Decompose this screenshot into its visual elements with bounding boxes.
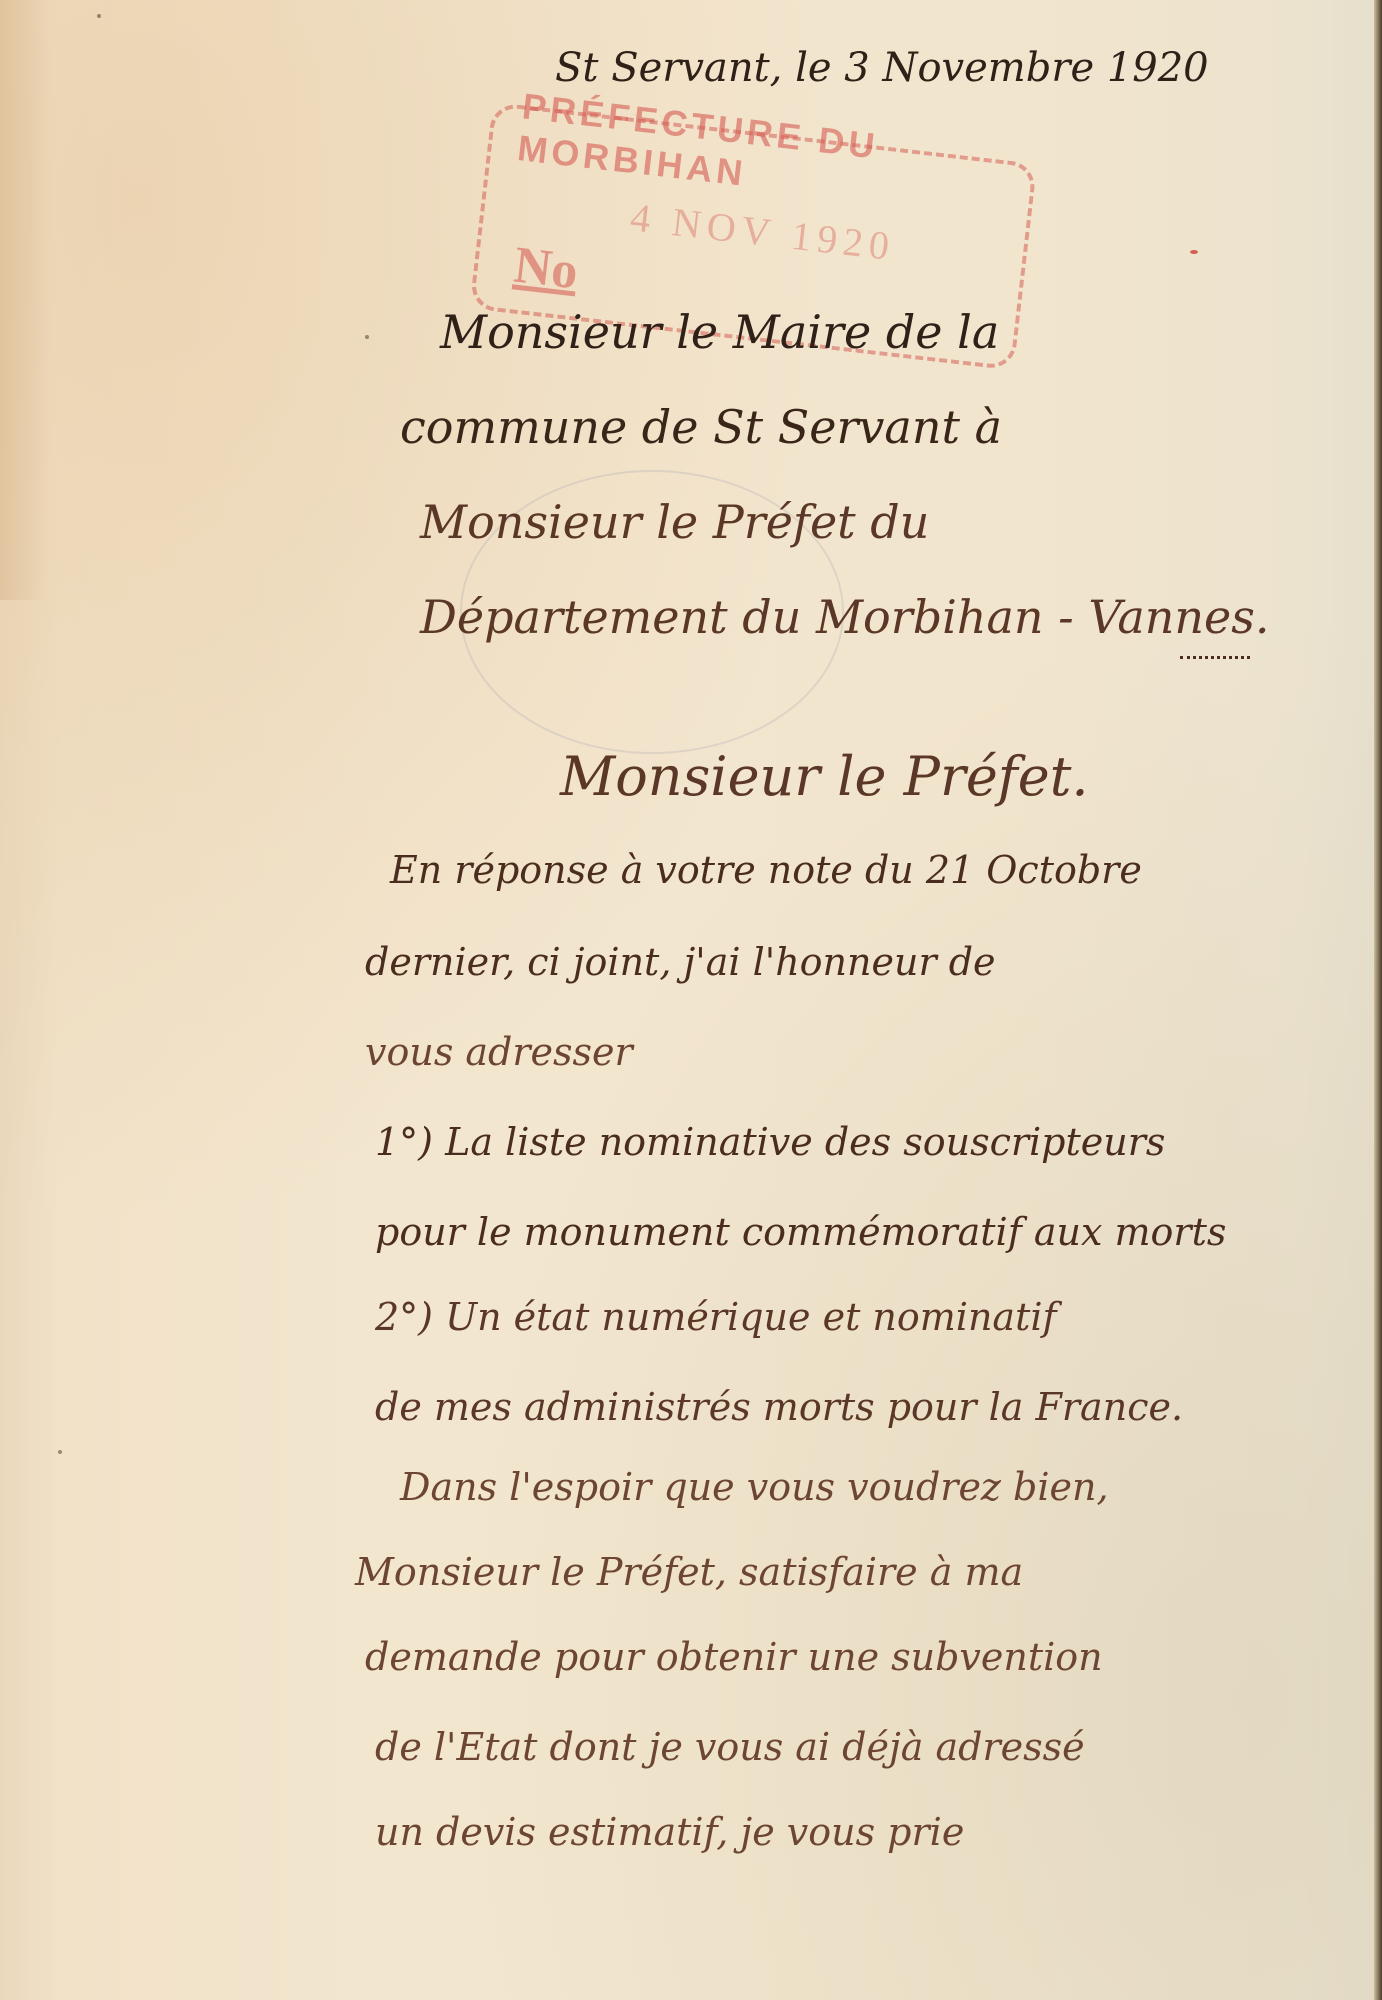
body-line: un devis estimatif, je vous prie	[375, 1810, 964, 1854]
letter-page: PRÉFECTURE DU MORBIHAN 4 NOV 1920 No St …	[0, 0, 1382, 2000]
body-line: pour le monument commémoratif aux morts	[375, 1210, 1226, 1254]
paper-speck	[58, 1450, 62, 1454]
letter-dateline: St Servant, le 3 Novembre 1920	[555, 45, 1209, 91]
underline-mark	[1180, 650, 1250, 659]
salutation: Monsieur le Préfet.	[560, 745, 1089, 808]
body-line: dernier, ci joint, j'ai l'honneur de	[365, 940, 996, 984]
body-line: de l'Etat dont je vous ai déjà adressé	[375, 1725, 1085, 1769]
paper-stain	[0, 0, 50, 600]
page-edge	[1374, 0, 1382, 2000]
stamp-number-label: No	[511, 236, 581, 302]
body-line: demande pour obtenir une subvention	[365, 1635, 1103, 1679]
body-line: Monsieur le Préfet, satisfaire à ma	[355, 1550, 1023, 1594]
paper-speck	[97, 14, 101, 18]
body-line: vous adresser	[365, 1030, 633, 1074]
address-line: commune de St Servant à	[400, 400, 1002, 454]
body-line: Dans l'espoir que vous voudrez bien,	[400, 1465, 1109, 1509]
address-line: Monsieur le Préfet du	[420, 495, 929, 549]
body-line: de mes administrés morts pour la France.	[375, 1385, 1183, 1429]
body-line: En réponse à votre note du 21 Octobre	[390, 848, 1142, 892]
body-line: 1°) La liste nominative des souscripteur…	[375, 1120, 1165, 1164]
address-line: Département du Morbihan - Vannes.	[420, 590, 1269, 644]
paper-speck	[1190, 250, 1198, 254]
address-line: Monsieur le Maire de la	[440, 305, 999, 359]
body-line: 2°) Un état numérique et nominatif	[375, 1295, 1057, 1339]
paper-speck	[365, 335, 369, 339]
